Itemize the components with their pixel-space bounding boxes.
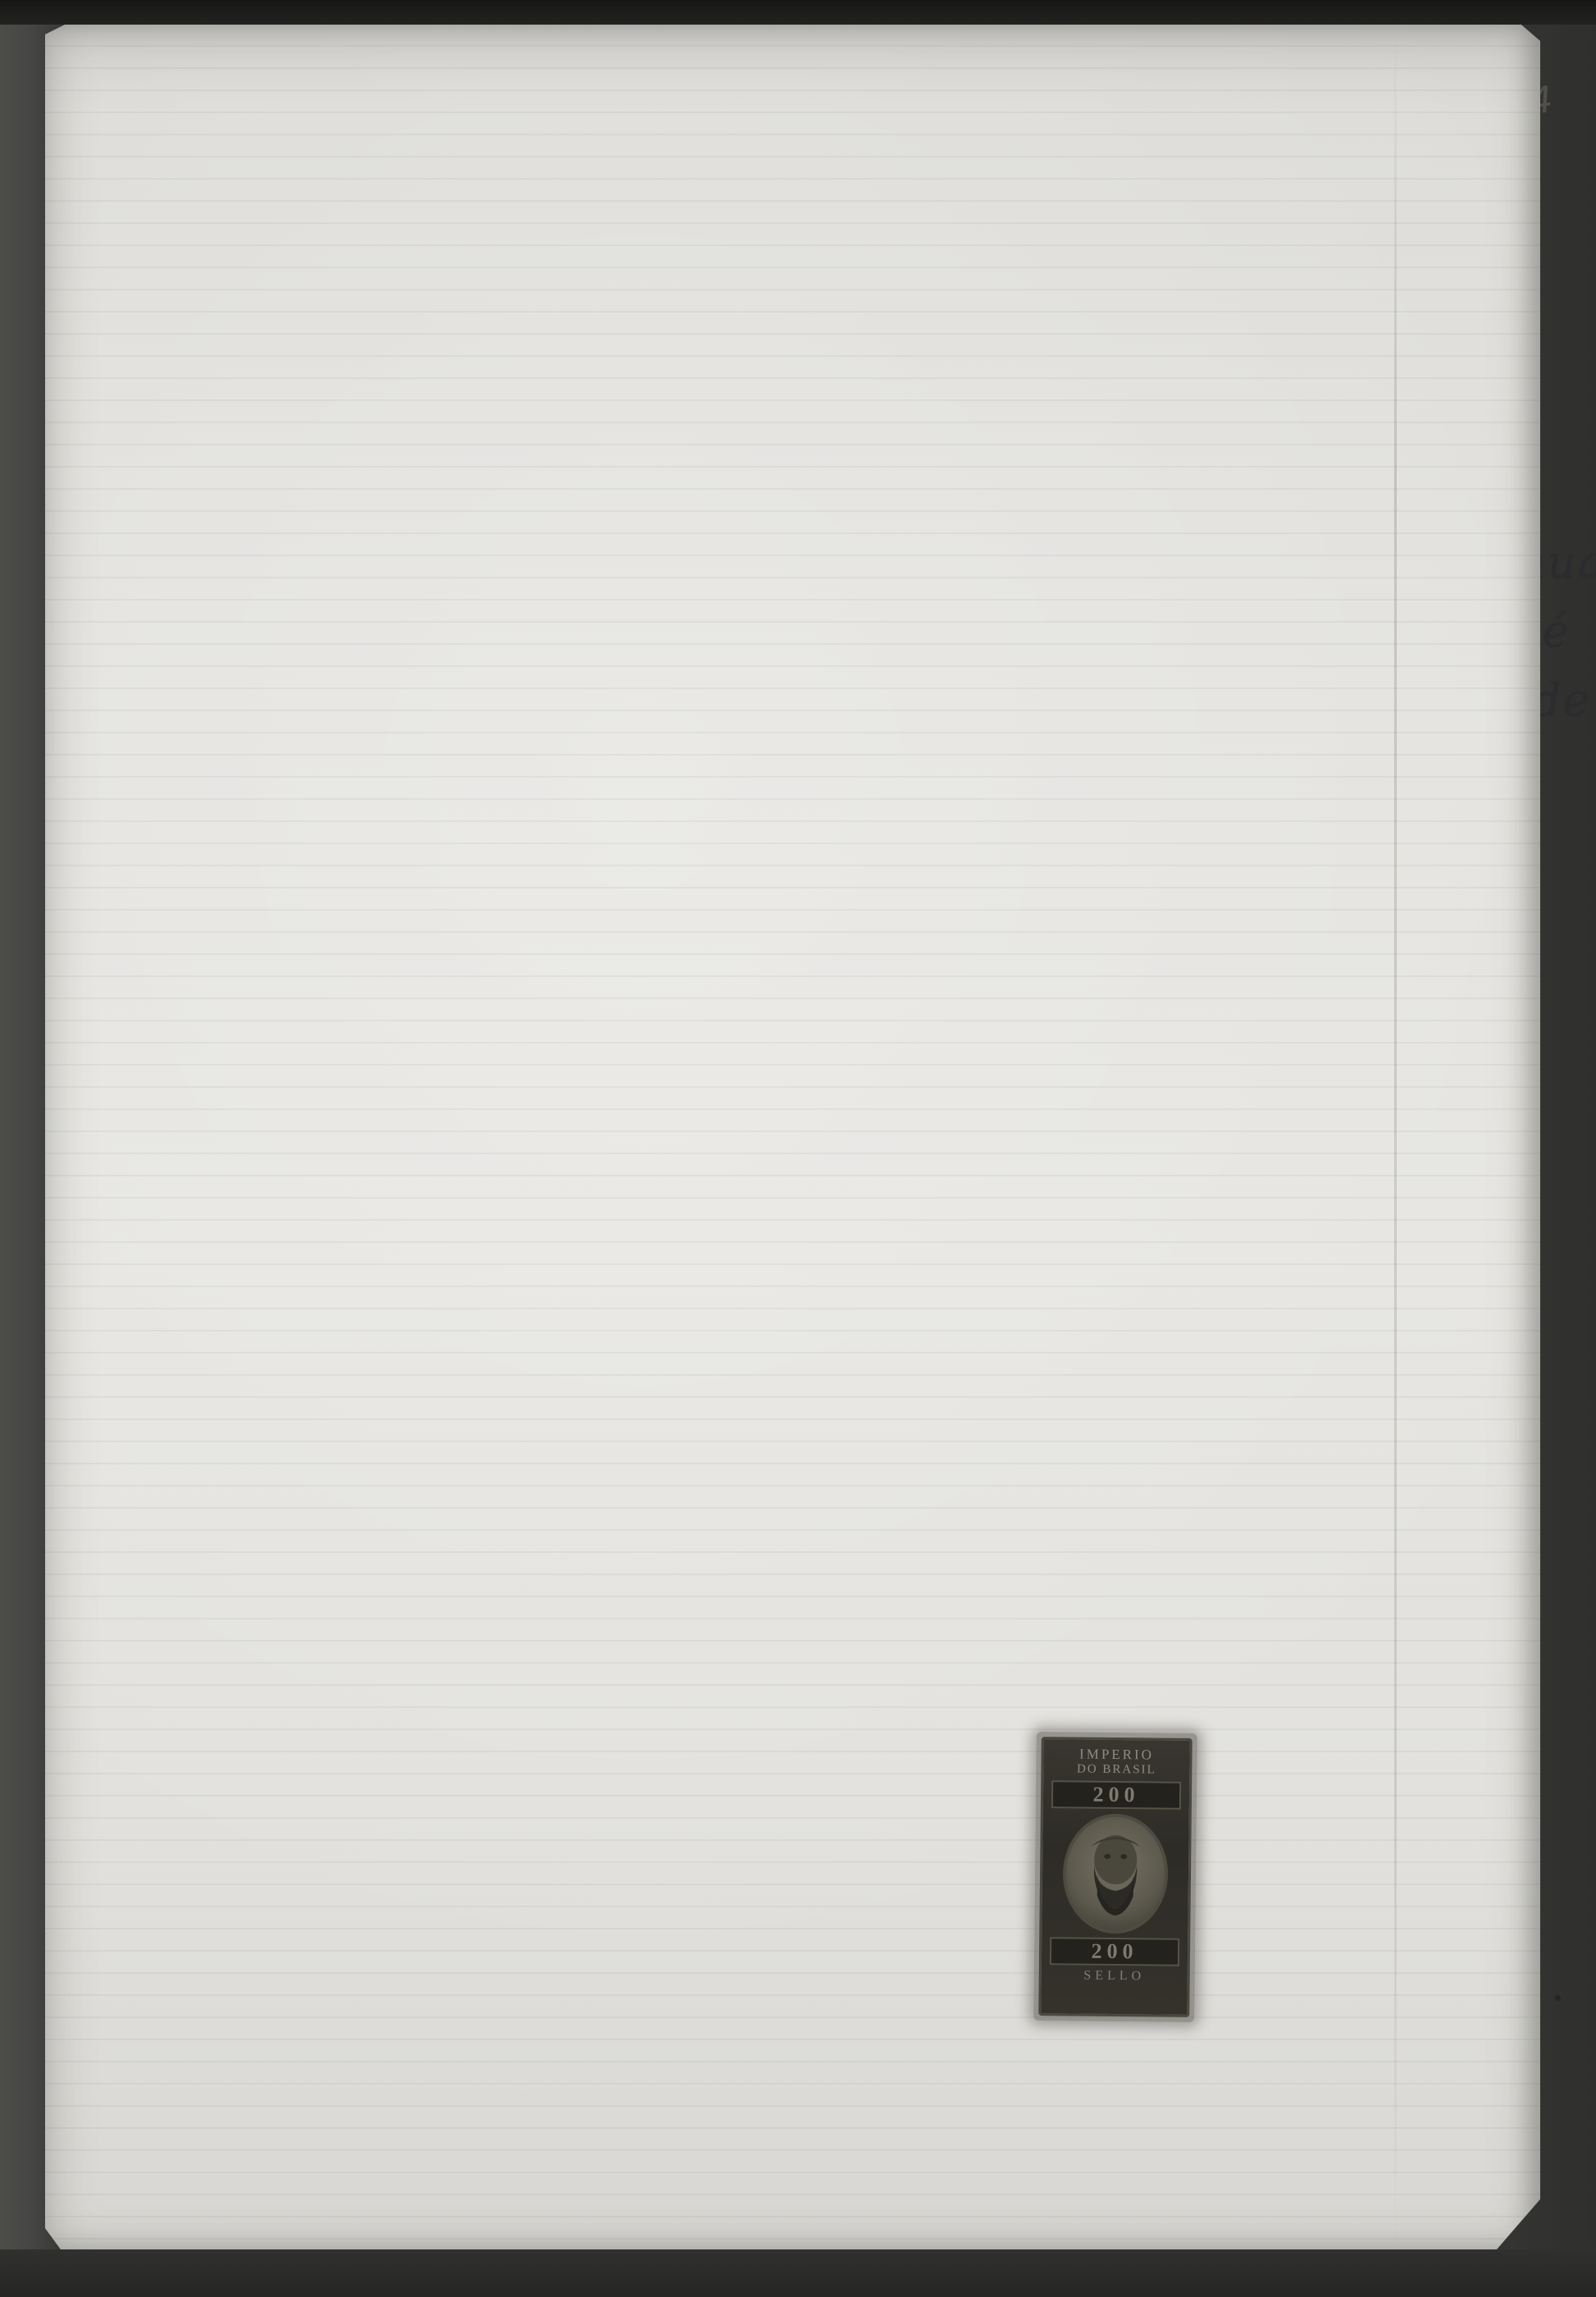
paper-sheet (45, 23, 1540, 2253)
paper-fold-line (1394, 23, 1397, 2253)
stamp-portrait-oval (1062, 1813, 1169, 1934)
stamp-brasil-text: DO BRASIL (1077, 1763, 1156, 1778)
paper-texture (45, 23, 1540, 2253)
stamp-sello-text: SELLO (1083, 1969, 1145, 1984)
stamp-value-bottom: 200 (1050, 1937, 1179, 1966)
scanned-document: C13 CMOP 4 Ca 18 Doc 11 30-1-80 Illmos S… (0, 0, 1596, 2297)
paper-speck (1555, 1995, 1561, 2001)
revenue-stamp: IMPERIO DO BRASIL 200 200 SELLO (1033, 1732, 1197, 2022)
stamp-empire-text: IMPERIO (1079, 1747, 1154, 1764)
emperor-portrait-icon (1065, 1816, 1165, 1930)
stamp-value-top: 200 (1051, 1780, 1180, 1810)
revenue-stamp-frame: IMPERIO DO BRASIL 200 200 SELLO (1038, 1737, 1192, 2017)
